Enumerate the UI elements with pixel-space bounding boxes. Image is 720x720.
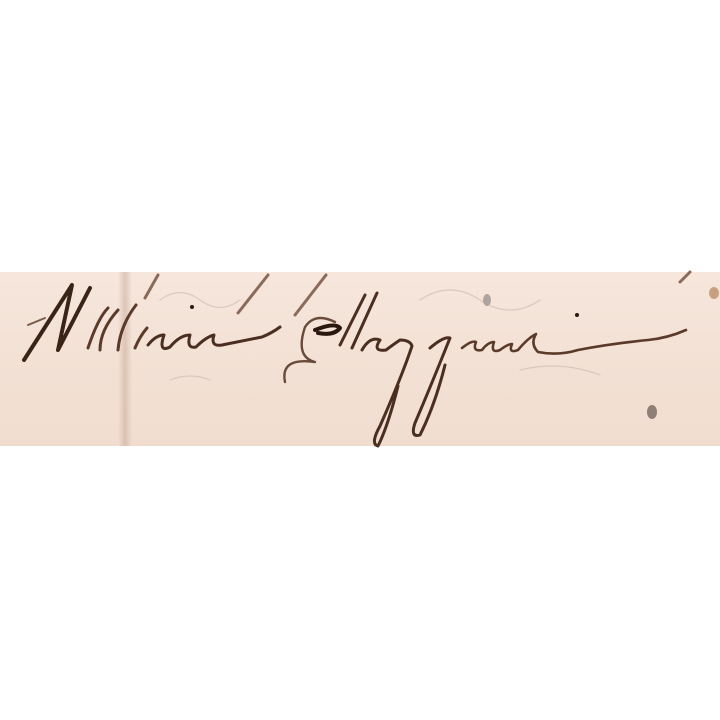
signature-ink [0,0,720,720]
